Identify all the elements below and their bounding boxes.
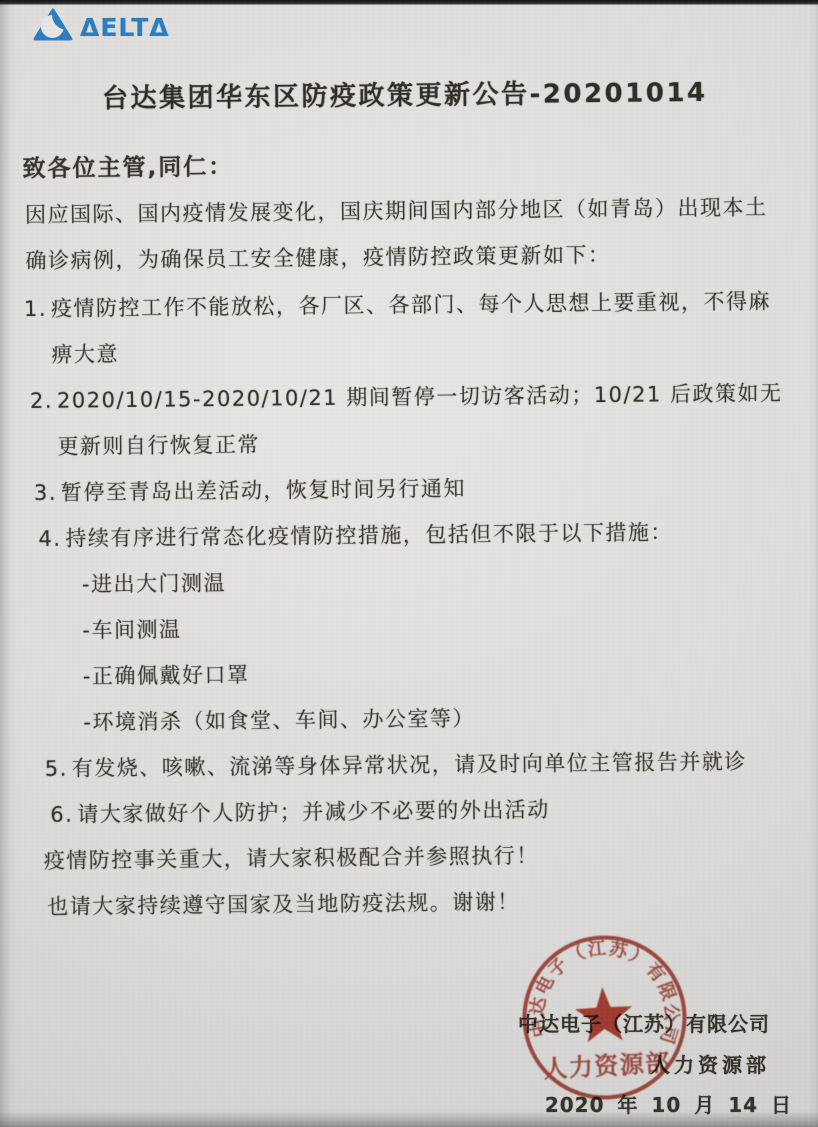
item-text: 暂停至青岛出差活动，恢复时间另行通知 [61, 476, 466, 504]
policy-item-6: 6. 请大家做好个人防护；并减少不必要的外出活动 [50, 784, 795, 838]
photo-bottom-edge [0, 1111, 818, 1127]
item-number: 1. [24, 286, 48, 332]
notice-body: 台达集团华东区防疫政策更新公告-20201014 致各位主管,同仁： 因应国际、… [0, 0, 818, 930]
item-text: 疫情防控工作不能放松，各厂区、各部门、每个人思想上要重视，不得麻痹大意 [51, 289, 771, 367]
policy-item-1: 1. 疫情防控工作不能放松，各厂区、各部门、每个人思想上要重视，不得麻痹大意 [24, 278, 791, 378]
notice-greeting: 致各位主管,同仁： [22, 138, 788, 192]
item-text: 有发烧、咳嗽、流涕等身体异常状况，请及时向单位主管报告并就诊 [72, 750, 747, 781]
policy-list: 1. 疫情防控工作不能放松，各厂区、各部门、每个人思想上要重视，不得麻痹大意 2… [24, 278, 796, 838]
measure-item: -环境消杀（如食堂、车间、办公室等） [83, 692, 794, 745]
seal-star-icon [574, 986, 634, 1043]
closing-line-1: 疫情防控事关重大，请大家积极配合并参照执行！ [44, 830, 796, 884]
policy-item-4: 4. 持续有序进行常态化疫情防控措施，包括但不限于以下措施： -进出大门测温 -… [38, 508, 794, 746]
policy-item-3: 3. 暂停至青岛出差活动，恢复时间另行通知 [34, 462, 792, 516]
item-number: 2. [30, 378, 54, 424]
measure-item: -车间测温 [82, 600, 793, 653]
measures-sublist: -进出大门测温 -车间测温 -正确佩戴好口罩 -环境消杀（如食堂、车间、办公室等… [66, 554, 795, 746]
item-text: 请大家做好个人防护；并减少不必要的外出活动 [77, 798, 550, 827]
document-photo: ΔELTΔ 台达集团华东区防疫政策更新公告-20201014 致各位主管,同仁：… [0, 0, 818, 1127]
policy-item-5: 5. 有发烧、咳嗽、流涕等身体异常状况，请及时向单位主管报告并就诊 [45, 738, 795, 792]
seal-banner-text: 人力资源部 [543, 1049, 672, 1084]
notice-intro: 因应国际、国内疫情发展变化，国庆期间国内部分地区（如青岛）出现本土确诊病例，为确… [25, 184, 790, 284]
notice-title: 台达集团华东区防疫政策更新公告-20201014 [22, 72, 788, 120]
item-text: 2020/10/15-2020/10/21 期间暂停一切访客活动；10/21 后… [57, 381, 783, 459]
item-text: 持续有序进行常态化疫情防控措施，包括但不限于以下措施： [65, 520, 673, 550]
item-number: 6. [50, 792, 74, 838]
measure-item: -进出大门测温 [82, 554, 793, 607]
item-number: 5. [45, 746, 69, 792]
photo-top-edge [0, 0, 818, 5]
item-number: 4. [38, 516, 62, 562]
measure-item: -正确佩戴好口罩 [83, 646, 794, 699]
item-number: 3. [34, 470, 58, 516]
company-seal-stamp: 中达电子（江苏）有限公司 人力资源部 [506, 919, 704, 1117]
policy-item-2: 2. 2020/10/15-2020/10/21 期间暂停一切访客活动；10/2… [30, 370, 792, 470]
